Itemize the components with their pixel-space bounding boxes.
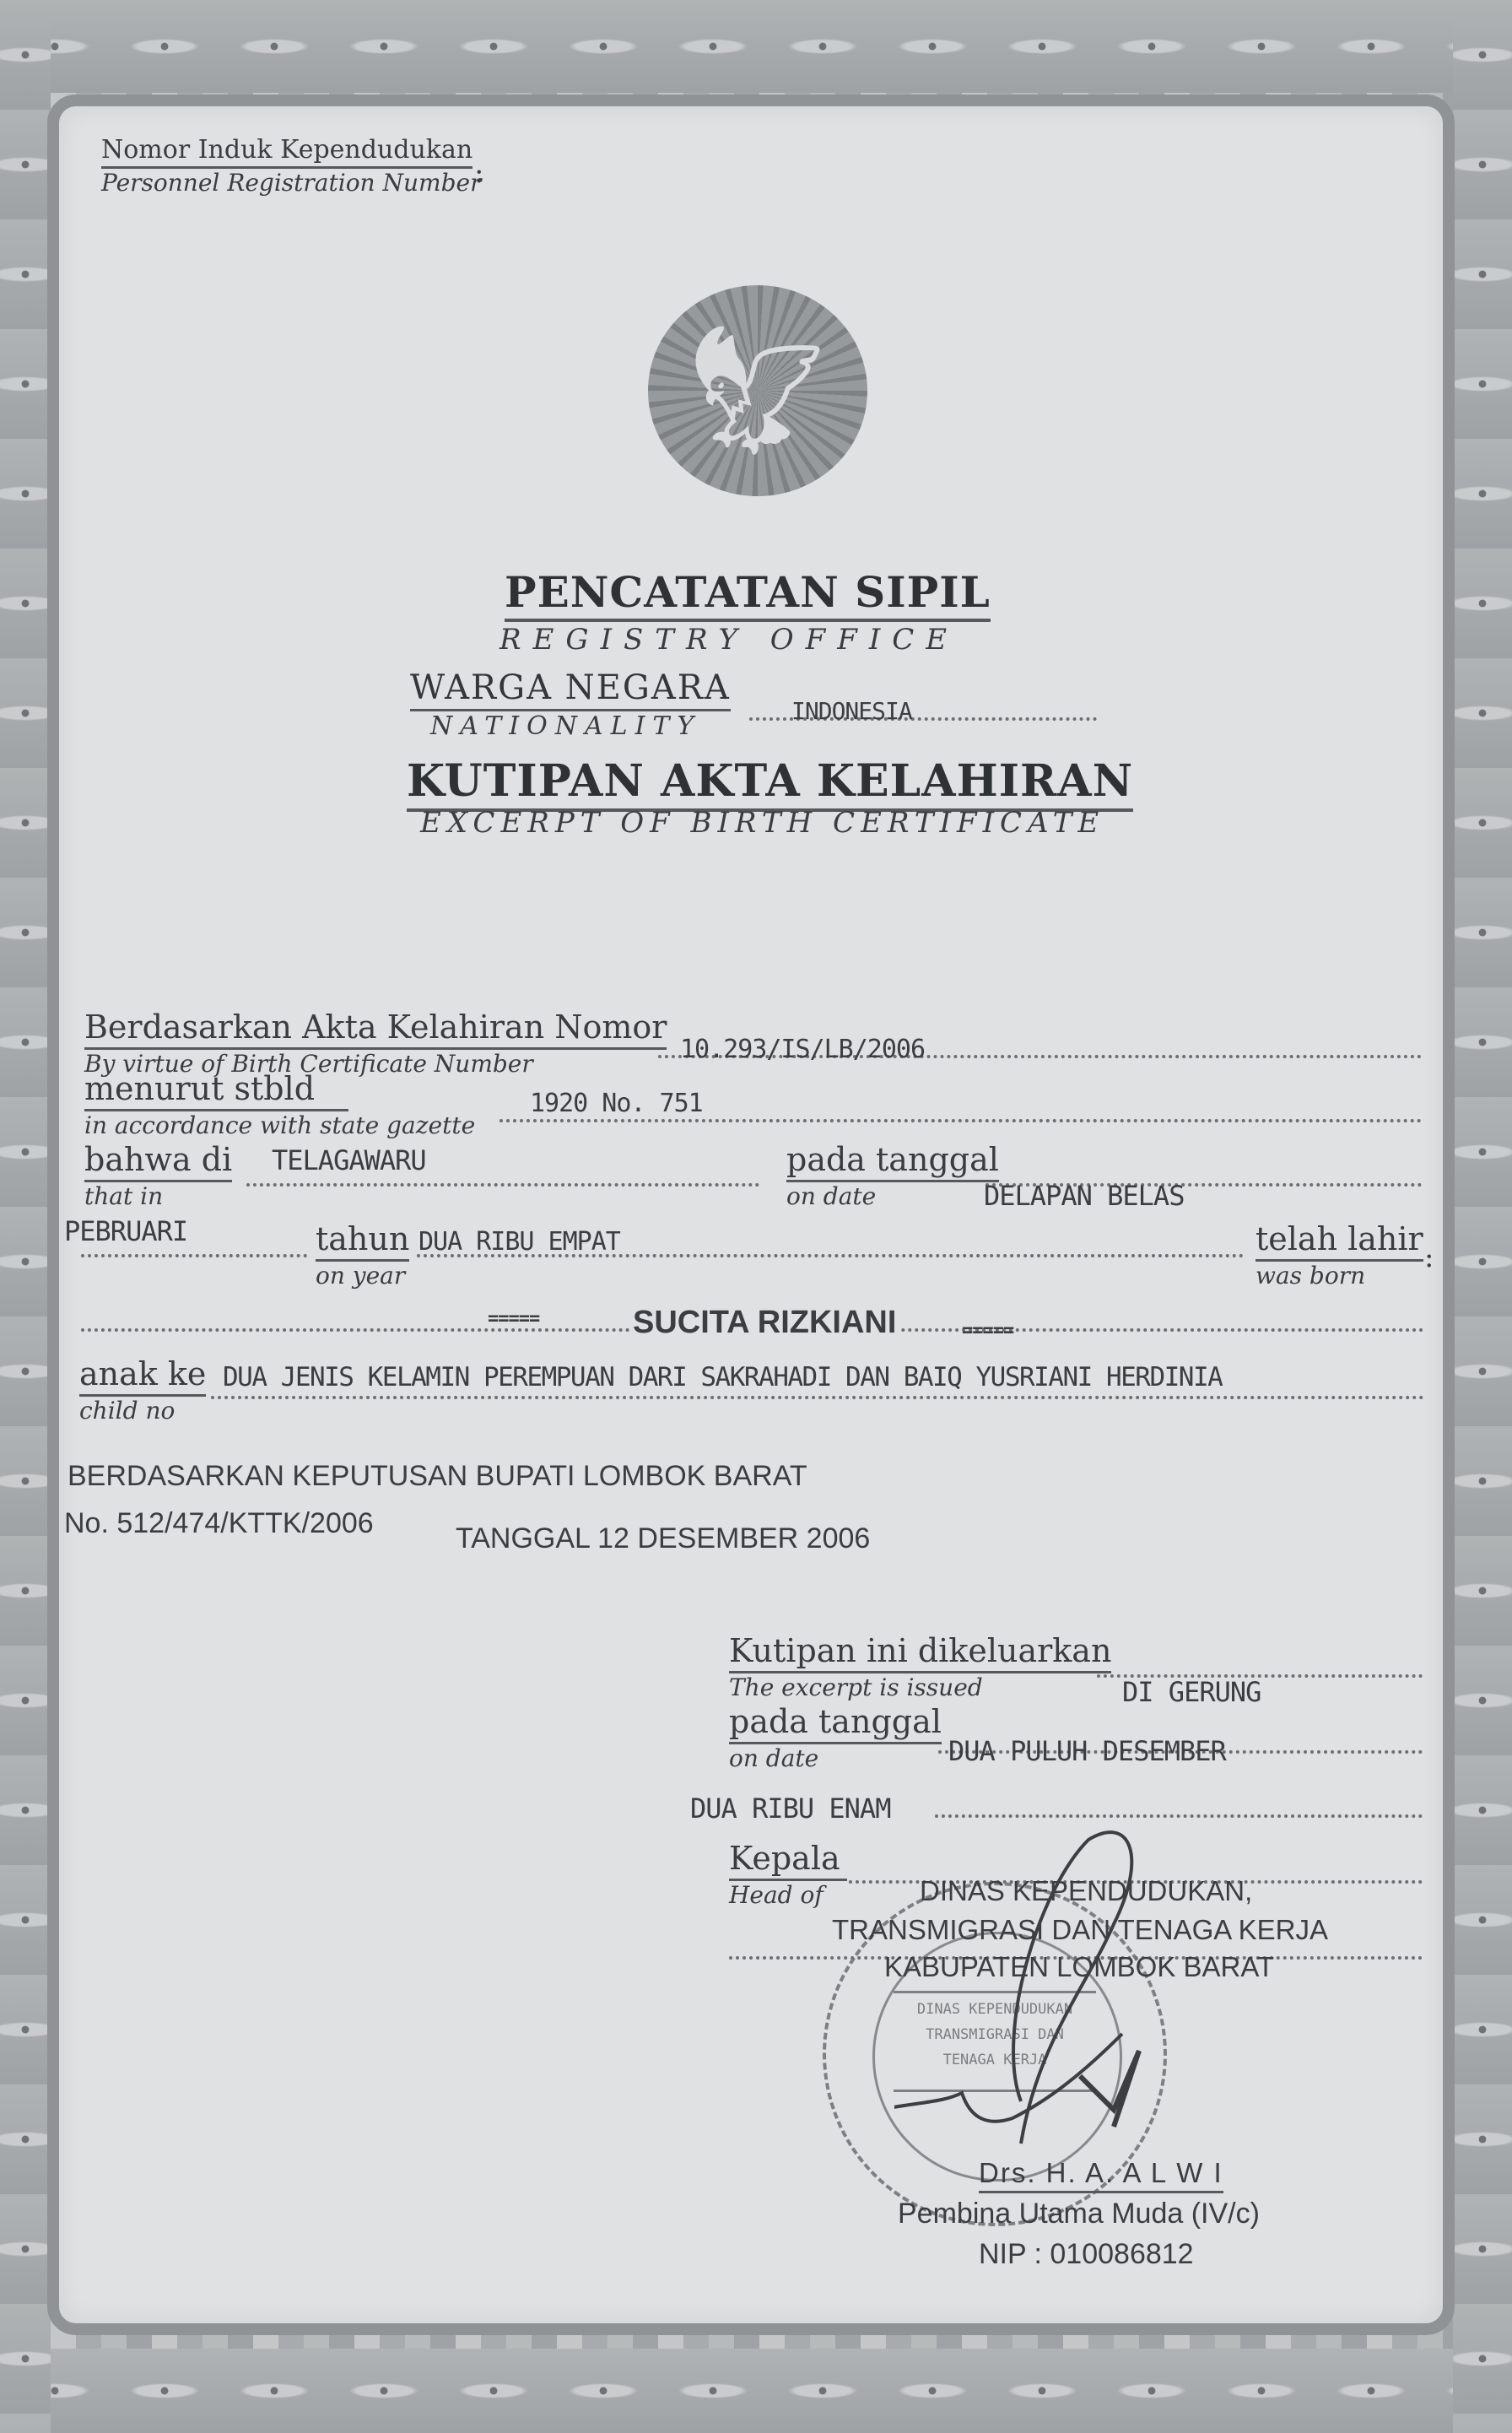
issue-date-label-en: on date [729,1744,942,1772]
date-label: pada tanggal on date [786,1141,999,1210]
certificate-title: KUTIPAN AKTA KELAHIRAN [407,755,1133,812]
nik-label-id: Nomor Induk Kependudukan [101,135,472,169]
issue-year-value: DUA RIBU ENAM [690,1792,890,1825]
nationality-label-id: WARGA NEGARA [410,668,731,711]
birth-cert-number-label-id: Berdasarkan Akta Kelahiran Nomor [84,1008,667,1050]
head-label-id: Kepala [729,1840,847,1881]
stbld-label-id: menurut stbld [84,1070,348,1111]
nik-label: Nomor Induk Kependudukan Personnel Regis… [101,135,481,197]
signatory-name: Drs. H. A. A L W I [979,2157,1223,2193]
office-title: PENCATATAN SIPIL [505,567,991,622]
name-suffix: ===== [962,1320,1013,1341]
frame-border-top [0,0,1512,93]
year-label: tahun on year [316,1220,409,1289]
decree-number: No. 512/474/KTTK/2006 [64,1507,374,1540]
issue-date-value: DUA PULUH DESEMBER [948,1735,1226,1767]
nik-label-en: Personnel Registration Number [101,169,481,197]
nationality-label: WARGA NEGARA NATIONALITY [410,668,731,741]
birth-cert-number-value: 10.293/IS/LB/2006 [680,1035,925,1064]
month-dots [81,1254,307,1257]
head-label: Kepala Head of [729,1840,847,1909]
year-value: DUA RIBU EMPAT [418,1227,620,1257]
child-label-en: child no [79,1397,206,1425]
place-label-en: that in [84,1182,232,1210]
born-label-en: was born [1255,1262,1423,1289]
date-month-value: PEBRUARI [64,1215,187,1247]
born-label: telah lahir was born [1255,1220,1423,1289]
stbld-value: 1920 No. 751 [530,1089,703,1118]
garuda-bird-icon: 🦅︎ [678,327,838,454]
issued-label: Kutipan ini dikeluarkan The excerpt is i… [729,1632,1111,1701]
place-label: bahwa di that in [84,1141,232,1210]
place-dots [246,1183,759,1187]
issued-label-id: Kutipan ini dikeluarkan [729,1632,1111,1673]
child-name: SUCITA RIZKIANI [629,1305,899,1341]
date-label-en: on date [786,1182,999,1210]
issued-place-value: DI GERUNG [1122,1676,1261,1708]
frame-border-left [0,0,51,2433]
stbld-label-en: in accordance with state gazette [84,1111,475,1139]
nationality-value: INDONESIA [791,697,912,725]
stbld-dots [499,1119,1422,1122]
frame-border-bottom [0,2349,1512,2433]
issue-year-dots [935,1814,1423,1818]
name-prefix: ===== [488,1308,539,1329]
frame-border-right [1453,0,1512,2433]
stbld-label: menurut stbld in accordance with state g… [84,1070,475,1139]
child-dots [211,1396,1424,1399]
signatory-rank: Pembina Utama Muda (IV/c) [898,2198,1260,2230]
certificate-title-en: EXCERPT OF BIRTH CERTIFICATE [420,806,1104,840]
issued-label-en: The excerpt is issued [729,1673,1111,1701]
issue-date-label: pada tanggal on date [729,1703,942,1772]
child-value: DUA JENIS KELAMIN PEREMPUAN DARI SAKRAHA… [223,1362,1222,1392]
nationality-label-en: NATIONALITY [410,711,731,741]
born-label-id: telah lahir [1255,1220,1423,1262]
birth-cert-number-label: Berdasarkan Akta Kelahiran Nomor By virt… [84,1008,667,1078]
date-value: DELAPAN BELAS [984,1180,1184,1212]
office-title-id: PENCATATAN SIPIL [505,567,991,622]
born-colon: : [1424,1241,1434,1274]
place-label-id: bahwa di [84,1141,232,1182]
date-label-id: pada tanggal [786,1141,999,1182]
place-value: TELAGAWARU [272,1144,426,1176]
decree-line: BERDASARKAN KEPUTUSAN BUPATI LOMBOK BARA… [67,1460,807,1493]
issue-date-label-id: pada tanggal [729,1703,942,1744]
certificate-title-id: KUTIPAN AKTA KELAHIRAN [407,755,1133,812]
office-title-en: REGISTRY OFFICE [499,623,958,657]
child-label-id: anak ke [79,1355,206,1397]
year-label-en: on year [316,1262,409,1289]
year-label-id: tahun [316,1220,409,1262]
child-label: anak ke child no [79,1355,206,1425]
signatory-nip: NIP : 010086812 [979,2238,1194,2271]
nik-colon: : [474,156,483,190]
decree-date: TANGGAL 12 DESEMBER 2006 [456,1522,870,1555]
signatory-name-text: Drs. H. A. A L W I [979,2157,1223,2193]
garuda-emblem-icon: 🦅︎ [648,285,867,496]
head-label-en: Head of [729,1881,847,1909]
